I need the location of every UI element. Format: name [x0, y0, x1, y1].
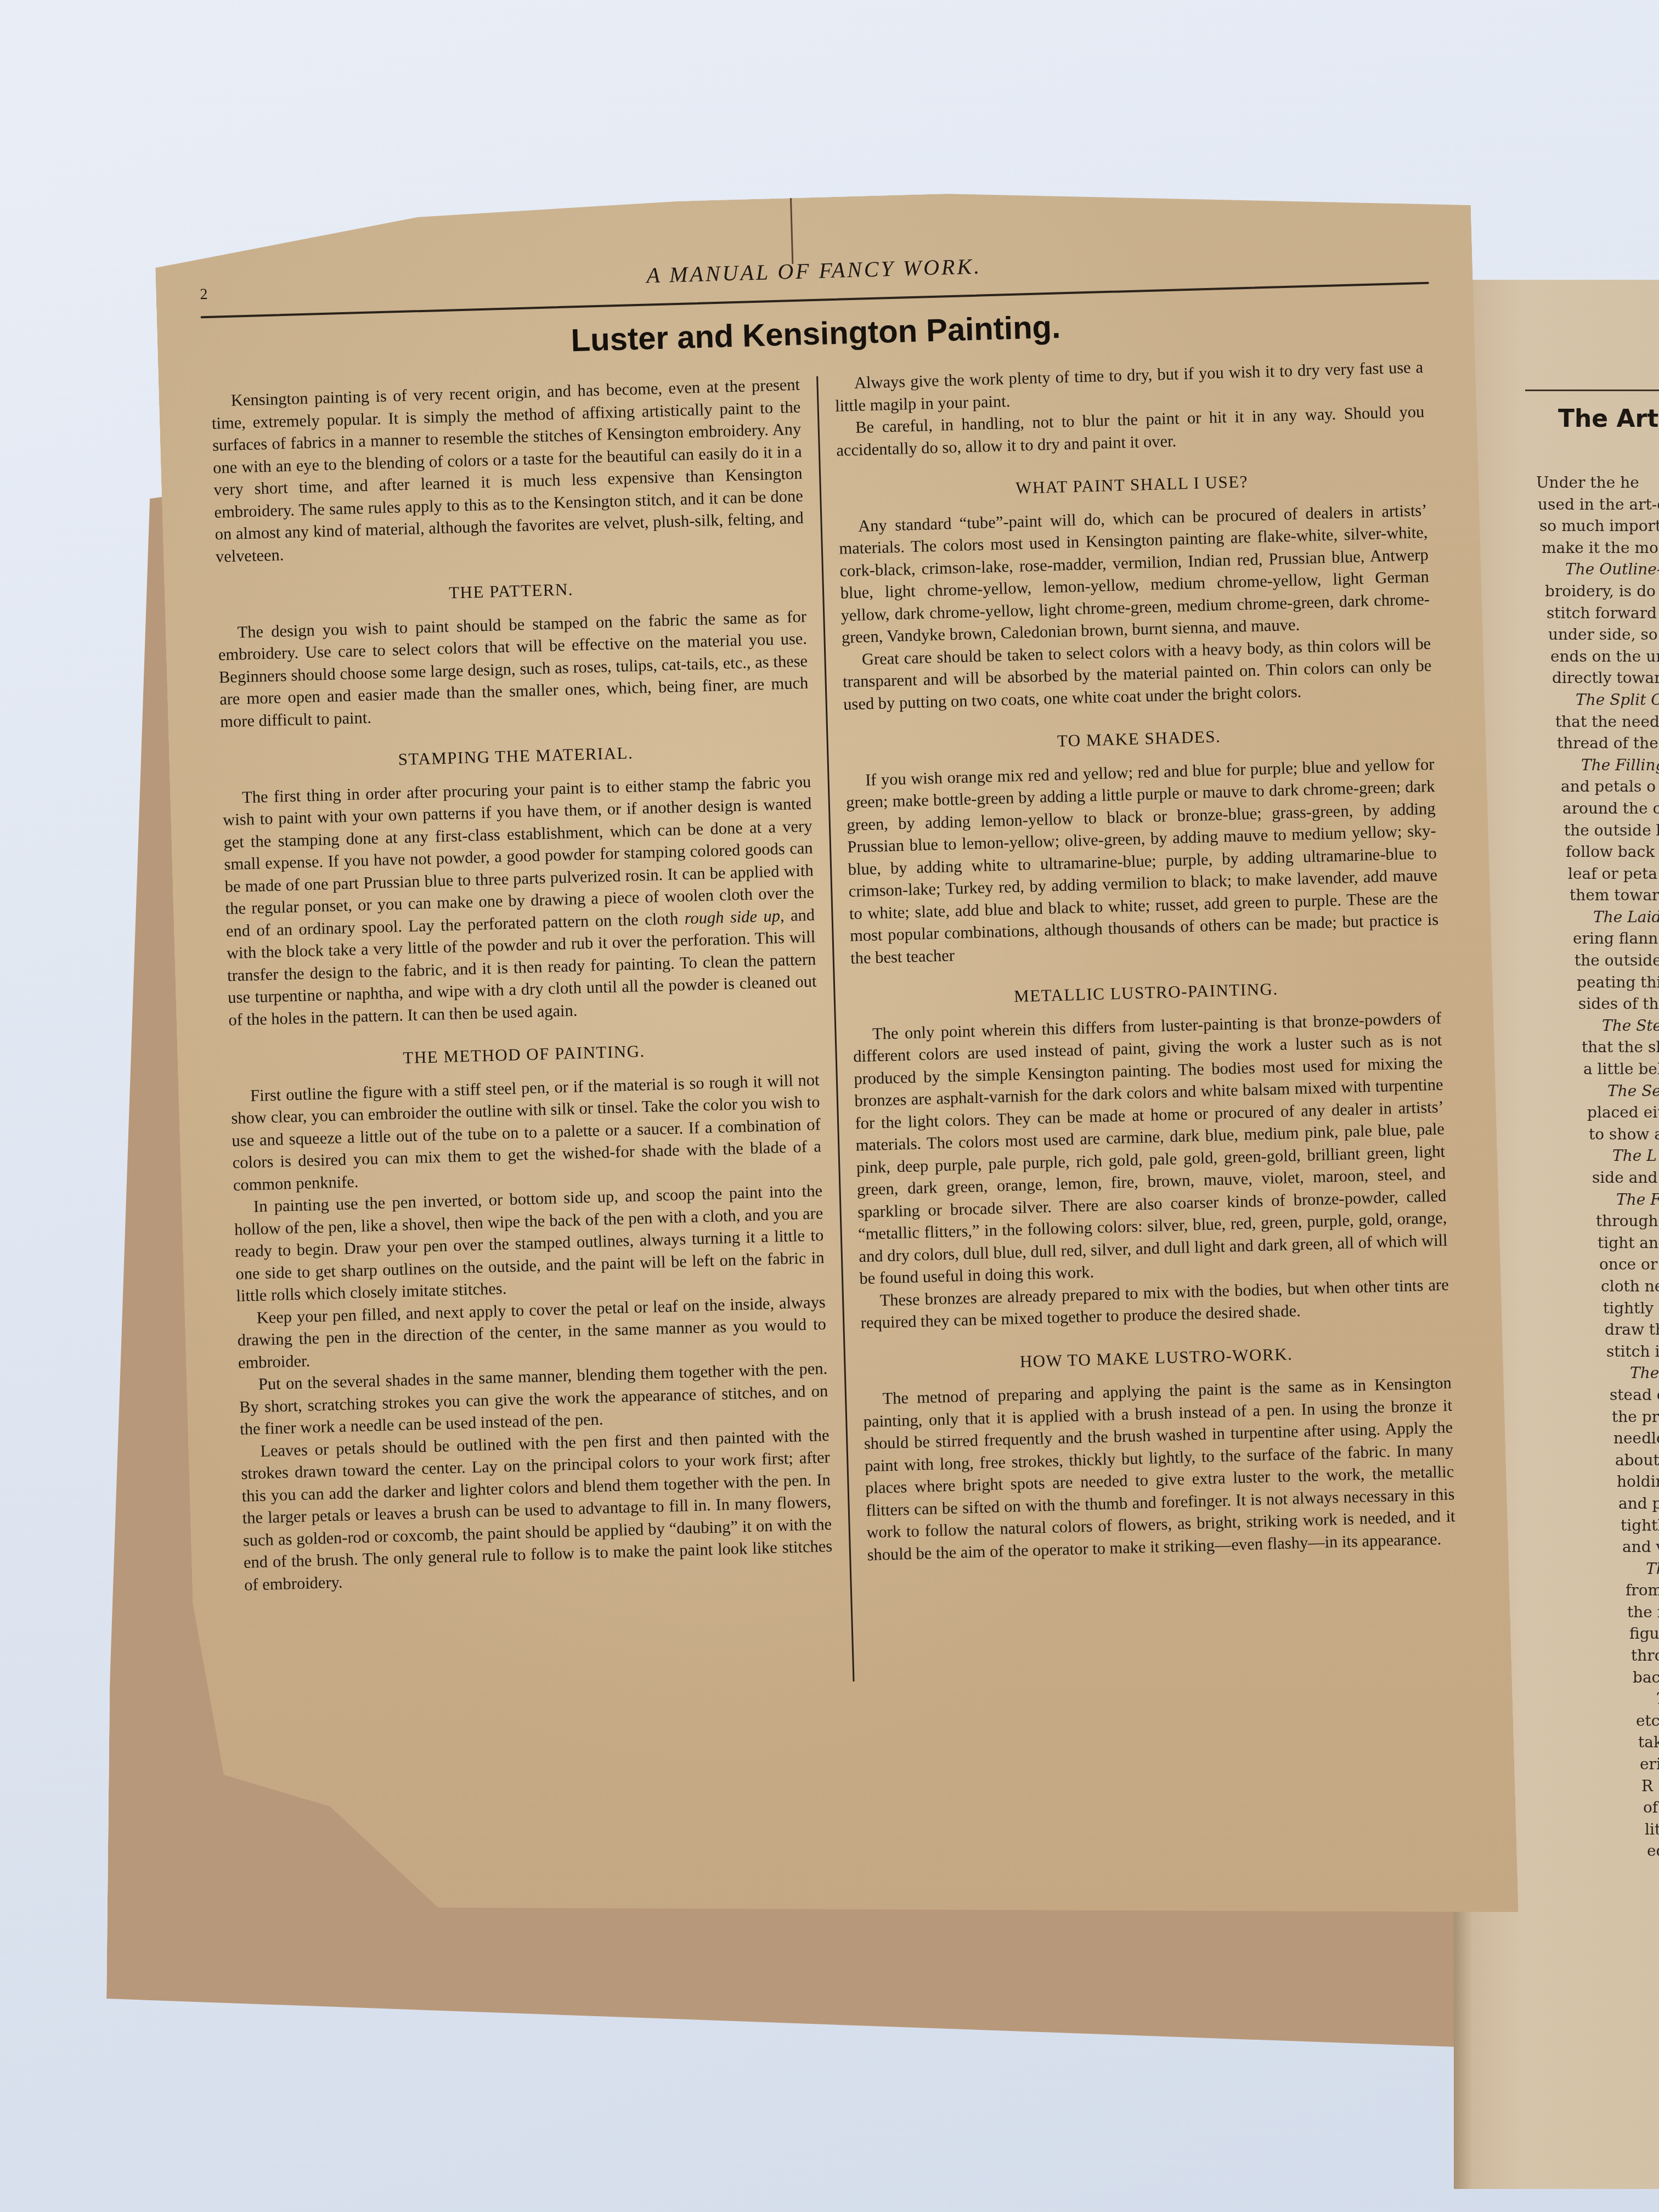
adjacent-page-line: Under the he [1536, 472, 1659, 494]
adjacent-page-line: stitch is [1606, 1341, 1659, 1363]
adjacent-page-line: from [1626, 1579, 1659, 1601]
adjacent-page-line: R [1641, 1775, 1659, 1797]
section-heading: METALLIC LUSTRO-PAINTING. [851, 974, 1441, 1012]
adjacent-page-line: holdin [1617, 1471, 1659, 1493]
adjacent-page-line: and petals o [1561, 776, 1659, 798]
adjacent-page-line: and v [1622, 1536, 1659, 1558]
section-heading: WHAT PAINT SHALL I USE? [837, 466, 1426, 504]
paragraph: The first thing in order after procuring… [222, 770, 818, 1031]
adjacent-page-line: to show a [1589, 1124, 1659, 1145]
adjacent-page-line: back [1633, 1667, 1659, 1689]
adjacent-page-line: edg [1647, 1840, 1659, 1862]
adjacent-page-line: the outside [1575, 950, 1659, 972]
adjacent-page-line: stitch forward [1547, 602, 1659, 624]
adjacent-page-line: the outside l [1564, 820, 1659, 842]
page-header: 2 A MANUAL OF FANCY WORK. [200, 241, 1429, 308]
paragraph: Leaves or petals should be outlined with… [240, 1424, 833, 1596]
adjacent-page-line: The Outline- [1543, 558, 1659, 580]
adjacent-page-line: a little belo [1583, 1058, 1659, 1080]
adjacent-page-line: etc., [1636, 1710, 1659, 1732]
adjacent-page-line: littl [1645, 1819, 1659, 1841]
adjacent-page-line: follow back [1566, 841, 1659, 863]
paragraph: The only point wherein this differs from… [853, 1007, 1449, 1290]
adjacent-page-line: tight and [1598, 1232, 1659, 1254]
right-column: Always give the work plenty of time to d… [834, 356, 1464, 1853]
adjacent-page-line: ends on the ur [1550, 646, 1659, 668]
adjacent-page-line: placed eit [1587, 1102, 1659, 1124]
section-heading: THE PATTERN. [216, 572, 805, 611]
section-heading: HOW TO MAKE LUSTRO-WORK. [861, 1339, 1451, 1377]
adjacent-page-line: ering flann [1573, 928, 1659, 950]
adjacent-page-line: them toward [1570, 884, 1659, 906]
adjacent-page-line: The [1608, 1362, 1659, 1384]
adjacent-page-line: The Se [1585, 1080, 1659, 1102]
adjacent-page-line: Th [1624, 1558, 1659, 1580]
adjacent-page-line: peating thi [1577, 972, 1659, 994]
adjacent-page-line: once or [1599, 1254, 1659, 1276]
adjacent-page-line: under side, so [1548, 624, 1659, 646]
paragraph: First outline the figure with a stiff st… [230, 1069, 822, 1196]
manual-page: 2 A MANUAL OF FANCY WORK. Luster and Ken… [154, 179, 1518, 1949]
paragraph: Any standard “tube”-paint will do, which… [838, 499, 1431, 648]
adjacent-page-line: about t [1615, 1449, 1659, 1471]
adjacent-page-line: sides of the [1578, 993, 1659, 1015]
adjacent-page-line: that the needl [1555, 711, 1659, 733]
article-title: Luster and Kensington Painting. [157, 297, 1474, 370]
paragraph: The metnod of preparing and applying the… [862, 1372, 1456, 1566]
adjacent-page-line: so much import [1539, 515, 1659, 537]
section-heading: TO MAKE SHADES. [844, 720, 1434, 758]
left-column: Kensington painting is of very recent or… [211, 374, 840, 1871]
adjacent-page-line: tightly [1621, 1515, 1659, 1537]
adjacent-page-line: The F [1594, 1189, 1659, 1211]
adjacent-page-line: cloth ne [1601, 1276, 1659, 1297]
adjacent-page-line: and pa [1618, 1493, 1659, 1515]
adjacent-page-line: figure [1629, 1623, 1659, 1645]
adjacent-page-rule [1525, 390, 1659, 391]
adjacent-page-line: make it the mos [1542, 537, 1659, 559]
paragraph: The design you wish to paint should be s… [217, 605, 809, 732]
paragraph: If you wish orange mix red and yellow; r… [845, 753, 1440, 969]
emphasis: rough side up [684, 906, 780, 928]
adjacent-page-line: The Laid [1571, 906, 1659, 928]
adjacent-page-line: the pro [1612, 1406, 1659, 1428]
adjacent-page-line: The Split O [1554, 689, 1659, 711]
adjacent-page-line: used in the art-e [1538, 494, 1659, 516]
adjacent-page-line: draw th [1605, 1319, 1659, 1341]
adjacent-page-line: thread of the [1557, 732, 1659, 754]
adjacent-page-line: needle [1613, 1427, 1659, 1449]
article-columns: Kensington painting is of very recent or… [211, 356, 1464, 1871]
adjacent-page-text: Under the heused in the art-eso much imp… [1536, 472, 1659, 1862]
adjacent-page-line: tightly [1603, 1297, 1659, 1319]
section-heading: STAMPING THE MATERIAL. [221, 737, 810, 775]
adjacent-page-line: directly toward [1552, 667, 1659, 689]
page-tear [790, 198, 793, 264]
adjacent-page-title: The Art [1558, 405, 1658, 433]
adjacent-page-line: of n [1643, 1797, 1659, 1819]
adjacent-page-line: take [1638, 1731, 1659, 1753]
section-heading: THE METHOD OF PAINTING. [229, 1035, 819, 1074]
adjacent-page-line: The Filling [1559, 754, 1659, 776]
adjacent-page-line: around the o [1562, 798, 1659, 820]
adjacent-page-line: The L [1590, 1145, 1659, 1167]
adjacent-page-line: stead o [1610, 1384, 1659, 1406]
paragraph: In painting use the pen inverted, or bot… [233, 1180, 825, 1307]
adjacent-page-line: The Ste [1580, 1015, 1659, 1037]
adjacent-page-line: broidery, is do [1545, 580, 1659, 602]
intro-paragraph: Kensington painting is of very recent or… [211, 374, 804, 568]
adjacent-page-line: through [1596, 1210, 1659, 1232]
adjacent-page-line: ering [1640, 1753, 1659, 1775]
adjacent-page-line: side and [1592, 1167, 1659, 1189]
adjacent-page-line: Th [1634, 1688, 1659, 1710]
adjacent-page-line: that the sh [1582, 1036, 1659, 1058]
adjacent-page-line: leaf or peta [1568, 863, 1659, 885]
adjacent-page-line: throu [1631, 1645, 1659, 1667]
adjacent-page-line: the fl [1627, 1601, 1659, 1623]
running-head: A MANUAL OF FANCY WORK. [200, 241, 1429, 301]
